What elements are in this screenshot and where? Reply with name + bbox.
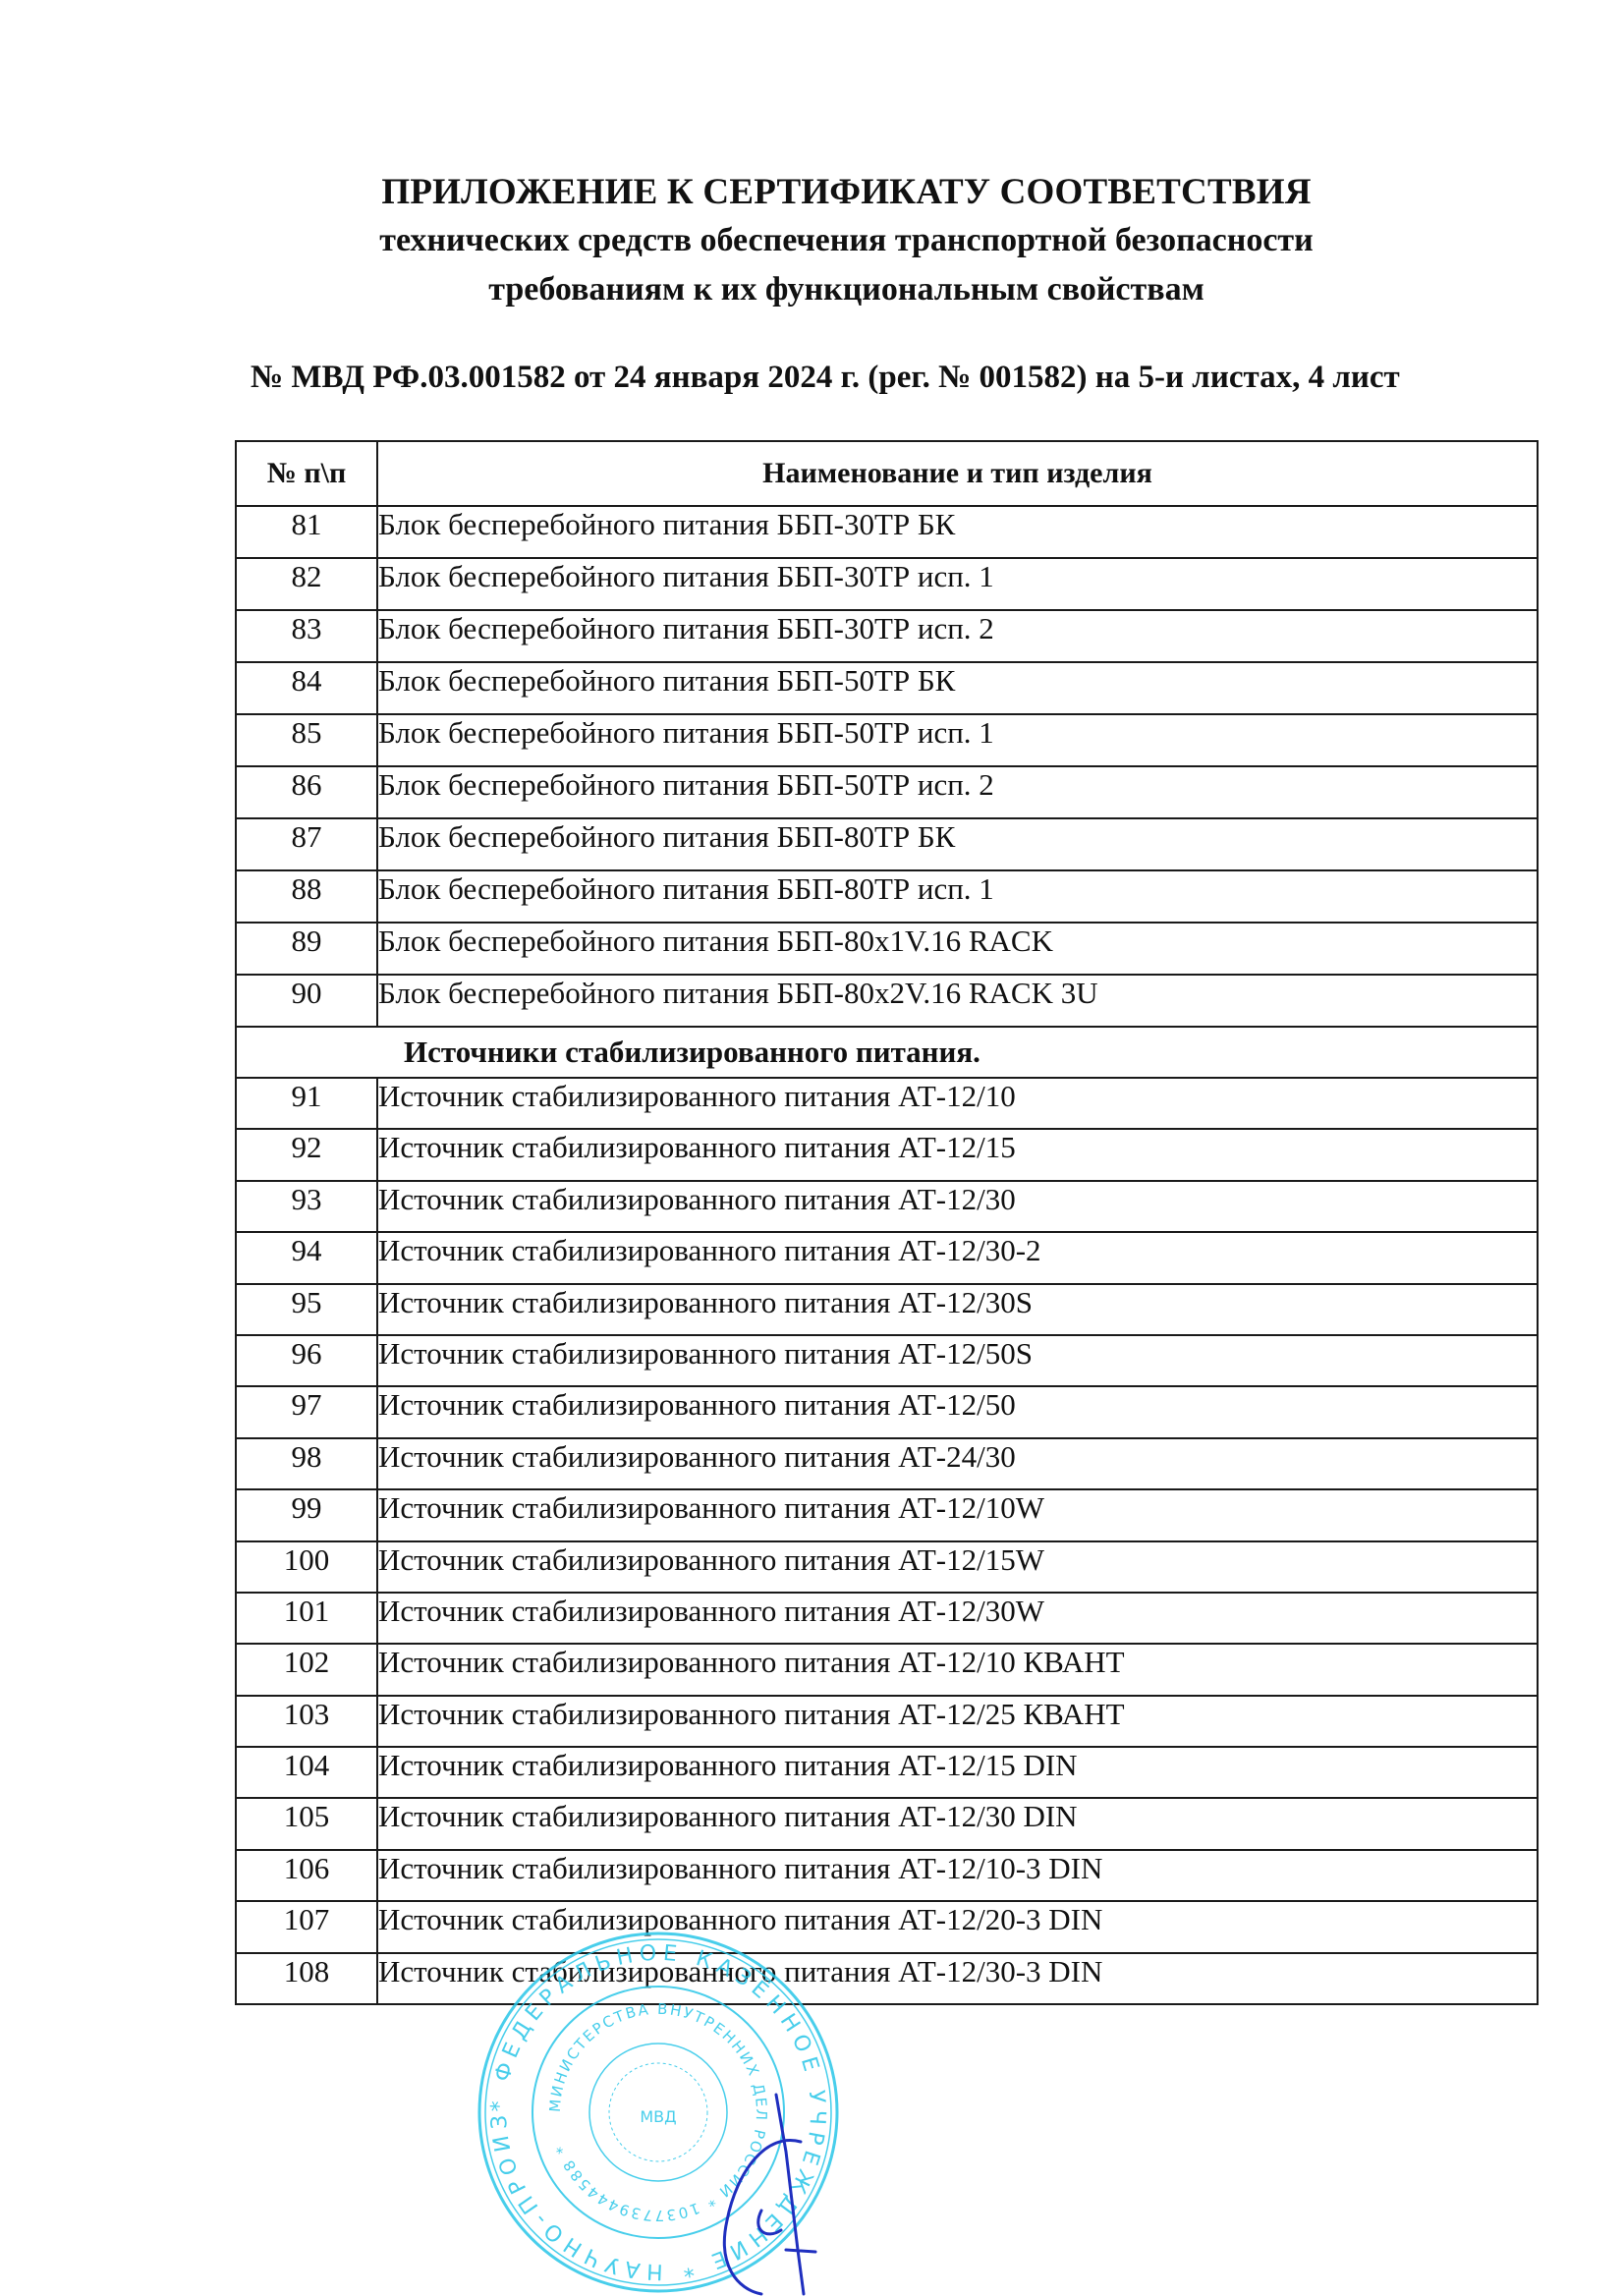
product-name: Источник стабилизированного питания АТ-1… — [377, 1489, 1538, 1540]
product-name: Источник стабилизированного питания АТ-1… — [377, 1335, 1538, 1386]
row-number: 82 — [236, 558, 377, 610]
product-name: Блок бесперебойного питания ББП-80ТР исп… — [377, 870, 1538, 923]
product-name: Блок бесперебойного питания ББП-50ТР исп… — [377, 766, 1538, 818]
svg-text:МВД: МВД — [640, 2107, 676, 2126]
row-number: 96 — [236, 1335, 377, 1386]
product-name: Источник стабилизированного питания АТ-1… — [377, 1850, 1538, 1901]
table-row: 105Источник стабилизированного питания А… — [236, 1798, 1538, 1849]
table-row: 93Источник стабилизированного питания АТ… — [236, 1181, 1538, 1232]
products-table: № п\п Наименование и тип изделия 81Блок … — [235, 440, 1539, 2005]
table-row: 87Блок бесперебойного питания ББП-80ТР Б… — [236, 818, 1538, 870]
row-number: 95 — [236, 1284, 377, 1335]
product-name: Источник стабилизированного питания АТ-1… — [377, 1901, 1538, 1952]
table-row: 92Источник стабилизированного питания АТ… — [236, 1129, 1538, 1180]
row-number: 83 — [236, 610, 377, 662]
table-row: 106Источник стабилизированного питания А… — [236, 1850, 1538, 1901]
column-header-name: Наименование и тип изделия — [377, 441, 1538, 506]
row-number: 106 — [236, 1850, 377, 1901]
row-number: 92 — [236, 1129, 377, 1180]
product-name: Источник стабилизированного питания АТ-1… — [377, 1386, 1538, 1437]
product-name: Блок бесперебойного питания ББП-30ТР исп… — [377, 558, 1538, 610]
row-number: 87 — [236, 818, 377, 870]
table-row: 96Источник стабилизированного питания АТ… — [236, 1335, 1538, 1386]
row-number: 89 — [236, 923, 377, 975]
table-row: 98Источник стабилизированного питания АТ… — [236, 1438, 1538, 1489]
table-row: 102Источник стабилизированного питания А… — [236, 1644, 1538, 1695]
product-name: Блок бесперебойного питания ББП-80x1V.16… — [377, 923, 1538, 975]
row-number: 90 — [236, 975, 377, 1027]
row-number: 86 — [236, 766, 377, 818]
handwritten-signature-icon — [707, 2093, 884, 2296]
row-number: 85 — [236, 714, 377, 766]
row-number: 102 — [236, 1644, 377, 1695]
table-row: 88Блок бесперебойного питания ББП-80ТР и… — [236, 870, 1538, 923]
row-number: 100 — [236, 1541, 377, 1593]
table-row: 99Источник стабилизированного питания АТ… — [236, 1489, 1538, 1540]
table-row: 83Блок бесперебойного питания ББП-30ТР и… — [236, 610, 1538, 662]
row-number: 107 — [236, 1901, 377, 1952]
document-title: ПРИЛОЖЕНИЕ К СЕРТИФИКАТУ СООТВЕТСТВИЯ — [0, 169, 1624, 216]
product-name: Источник стабилизированного питания АТ-1… — [377, 1232, 1538, 1283]
table-row: 90Блок бесперебойного питания ББП-80x2V.… — [236, 975, 1538, 1027]
product-name: Источник стабилизированного питания АТ-1… — [377, 1644, 1538, 1695]
product-name: Источник стабилизированного питания АТ-1… — [377, 1181, 1538, 1232]
svg-text:МИНИСТЕРСТВА ВНУТРЕННИХ ДЕЛ РО: МИНИСТЕРСТВА ВНУТРЕННИХ ДЕЛ РОССИИ * 103… — [546, 2000, 770, 2224]
product-name: Блок бесперебойного питания ББП-80x2V.16… — [377, 975, 1538, 1027]
product-name: Блок бесперебойного питания ББП-50ТР БК — [377, 662, 1538, 714]
product-name: Источник стабилизированного питания АТ-1… — [377, 1541, 1538, 1593]
table-row: 100Источник стабилизированного питания А… — [236, 1541, 1538, 1593]
table-row: 81Блок бесперебойного питания ББП-30ТР Б… — [236, 506, 1538, 558]
product-name: Источник стабилизированного питания АТ-1… — [377, 1696, 1538, 1747]
table-row: 107Источник стабилизированного питания А… — [236, 1901, 1538, 1952]
row-number: 98 — [236, 1438, 377, 1489]
row-number: 93 — [236, 1181, 377, 1232]
row-number: 81 — [236, 506, 377, 558]
product-name: Источник стабилизированного питания АТ-2… — [377, 1438, 1538, 1489]
table-row: 104Источник стабилизированного питания А… — [236, 1747, 1538, 1798]
row-number: 91 — [236, 1078, 377, 1129]
table-row: 97Источник стабилизированного питания АТ… — [236, 1386, 1538, 1437]
row-number: 88 — [236, 870, 377, 923]
product-name: Источник стабилизированного питания АТ-1… — [377, 1593, 1538, 1644]
product-name: Источник стабилизированного питания АТ-1… — [377, 1747, 1538, 1798]
table-row: 91Источник стабилизированного питания АТ… — [236, 1078, 1538, 1129]
table-row: 89Блок бесперебойного питания ББП-80x1V.… — [236, 923, 1538, 975]
row-number: 105 — [236, 1798, 377, 1849]
row-number: 94 — [236, 1232, 377, 1283]
row-number: 99 — [236, 1489, 377, 1540]
column-header-number: № п\п — [236, 441, 377, 506]
row-number: 97 — [236, 1386, 377, 1437]
table-header-row: № п\п Наименование и тип изделия — [236, 441, 1538, 506]
product-name: Источник стабилизированного питания АТ-1… — [377, 1078, 1538, 1129]
product-name: Блок бесперебойного питания ББП-80ТР БК — [377, 818, 1538, 870]
table-row: 101Источник стабилизированного питания А… — [236, 1593, 1538, 1644]
row-number: 103 — [236, 1696, 377, 1747]
table-row: 95Источник стабилизированного питания АТ… — [236, 1284, 1538, 1335]
table-row: 84Блок бесперебойного питания ББП-50ТР Б… — [236, 662, 1538, 714]
row-number: 108 — [236, 1953, 377, 2004]
document-subtitle-line2: требованиям к их функциональным свойства… — [0, 267, 1624, 312]
table-row: 94Источник стабилизированного питания АТ… — [236, 1232, 1538, 1283]
product-name: Источник стабилизированного питания АТ-1… — [377, 1953, 1538, 2004]
product-name: Блок бесперебойного питания ББП-30ТР БК — [377, 506, 1538, 558]
row-number: 84 — [236, 662, 377, 714]
product-name: Блок бесперебойного питания ББП-30ТР исп… — [377, 610, 1538, 662]
row-number: 101 — [236, 1593, 377, 1644]
row-number: 104 — [236, 1747, 377, 1798]
section-title: Источники стабилизированного питания. — [236, 1027, 1538, 1078]
table-row: 103Источник стабилизированного питания А… — [236, 1696, 1538, 1747]
product-name: Источник стабилизированного питания АТ-1… — [377, 1129, 1538, 1180]
product-name: Блок бесперебойного питания ББП-50ТР исп… — [377, 714, 1538, 766]
table-row: 86Блок бесперебойного питания ББП-50ТР и… — [236, 766, 1538, 818]
certificate-reference: № МВД РФ.03.001582 от 24 января 2024 г. … — [251, 356, 1624, 399]
table-row: 108Источник стабилизированного питания А… — [236, 1953, 1538, 2004]
table-row: 82Блок бесперебойного питания ББП-30ТР и… — [236, 558, 1538, 610]
table-row: 85Блок бесперебойного питания ББП-50ТР и… — [236, 714, 1538, 766]
section-header-row: Источники стабилизированного питания. — [236, 1027, 1538, 1078]
product-name: Источник стабилизированного питания АТ-1… — [377, 1798, 1538, 1849]
document-subtitle-line1: технических средств обеспечения транспор… — [0, 218, 1624, 263]
product-name: Источник стабилизированного питания АТ-1… — [377, 1284, 1538, 1335]
